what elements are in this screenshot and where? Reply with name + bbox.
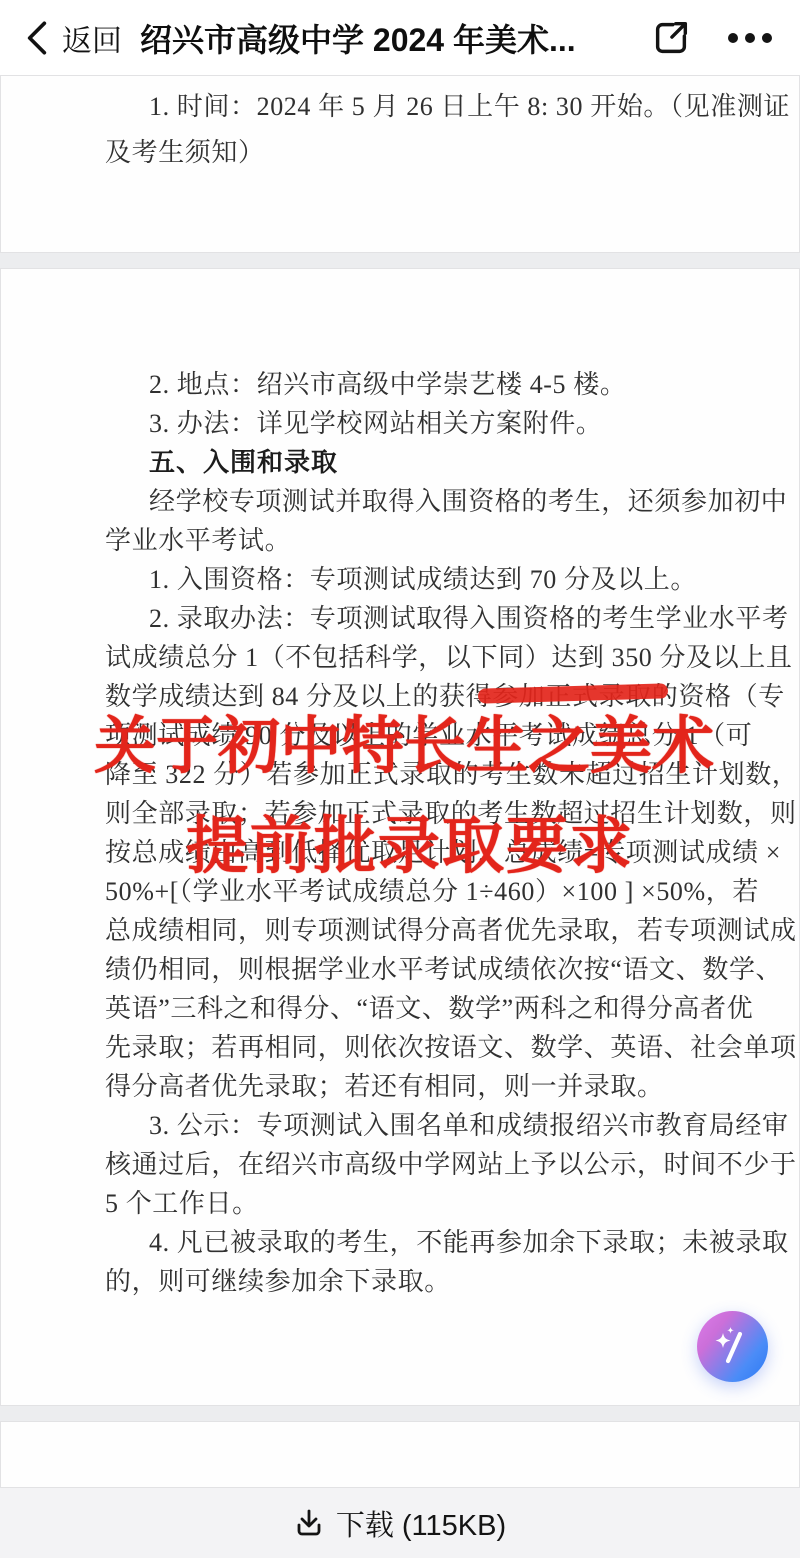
doc-text-line: 的，则可继续参加余下录取。 bbox=[105, 1262, 779, 1301]
doc-text-line: 2. 地点：绍兴市高级中学崇艺楼 4-5 楼。 bbox=[105, 365, 779, 404]
share-external-icon[interactable] bbox=[650, 17, 692, 59]
ai-assistant-button[interactable] bbox=[697, 1311, 768, 1382]
page-separator bbox=[0, 253, 800, 268]
doc-text-line: 及考生须知） bbox=[105, 130, 779, 176]
doc-text-line: 学业水平考试。 bbox=[105, 521, 779, 560]
doc-text-line: 4. 凡已被录取的考生，不能再参加余下录取；未被录取 bbox=[105, 1223, 779, 1262]
download-icon bbox=[294, 1508, 324, 1538]
red-annotation-title-line2: 提前批录取要求 bbox=[186, 796, 634, 885]
doc-text-line: 1. 入围资格：专项测试成绩达到 70 分及以上。 bbox=[105, 560, 779, 599]
doc-text-line: 总成绩相同，则专项测试得分高者优先录取，若专项测试成 bbox=[105, 911, 779, 950]
download-bar[interactable]: 下载 (115KB) bbox=[0, 1488, 800, 1558]
doc-text-line: 1. 时间：2024 年 5 月 26 日上午 8: 30 开始。（见准测证 bbox=[105, 84, 779, 130]
doc-text-line: 核通过后，在绍兴市高级中学网站上予以公示，时间不少于 bbox=[105, 1145, 779, 1184]
document-title: 绍兴市高级中学 2024 年美术... bbox=[140, 15, 650, 61]
doc-text-line: 试成绩总分 1（不包括科学，以下同）达到 350 分及以上且 bbox=[105, 638, 779, 677]
doc-text-line: 3. 办法：详见学校网站相关方案附件。 bbox=[105, 404, 779, 443]
red-annotation-title-line1: 关于初中特长生之美术 bbox=[94, 696, 714, 785]
chevron-left-icon bbox=[26, 19, 48, 57]
document-page-1: 1. 时间：2024 年 5 月 26 日上午 8: 30 开始。（见准测证 及… bbox=[0, 75, 800, 253]
doc-text-line: 5 个工作日。 bbox=[105, 1184, 779, 1223]
doc-section-heading: 五、入围和录取 bbox=[105, 443, 779, 482]
doc-text-line: 3. 公示：专项测试入围名单和成绩报绍兴市教育局经审 bbox=[105, 1106, 779, 1145]
page-separator bbox=[0, 1406, 800, 1421]
doc-text-line: 得分高者优先录取；若还有相同，则一并录取。 bbox=[105, 1067, 779, 1106]
magic-slash-sparkle-icon bbox=[710, 1324, 756, 1370]
back-button[interactable]: 返回 bbox=[26, 16, 122, 60]
doc-text-line: 经学校专项测试并取得入围资格的考生，还须参加初中 bbox=[105, 482, 779, 521]
document-page-3 bbox=[0, 1421, 800, 1488]
doc-text-line: 英语”三科之和得分、“语文、数学”两科之和得分高者优 bbox=[105, 989, 779, 1028]
back-label: 返回 bbox=[62, 16, 122, 60]
doc-text-line: 绩仍相同，则根据学业水平考试成绩依次按“语文、数学、 bbox=[105, 950, 779, 989]
more-options-icon[interactable] bbox=[726, 31, 774, 45]
download-label: 下载 (115KB) bbox=[336, 1503, 506, 1544]
top-navigation-bar: 返回 绍兴市高级中学 2024 年美术... bbox=[0, 0, 800, 75]
doc-text-line: 先录取；若再相同，则依次按语文、数学、英语、社会单项 bbox=[105, 1028, 779, 1067]
doc-text-line: 2. 录取办法：专项测试取得入围资格的考生学业水平考 bbox=[105, 599, 779, 638]
